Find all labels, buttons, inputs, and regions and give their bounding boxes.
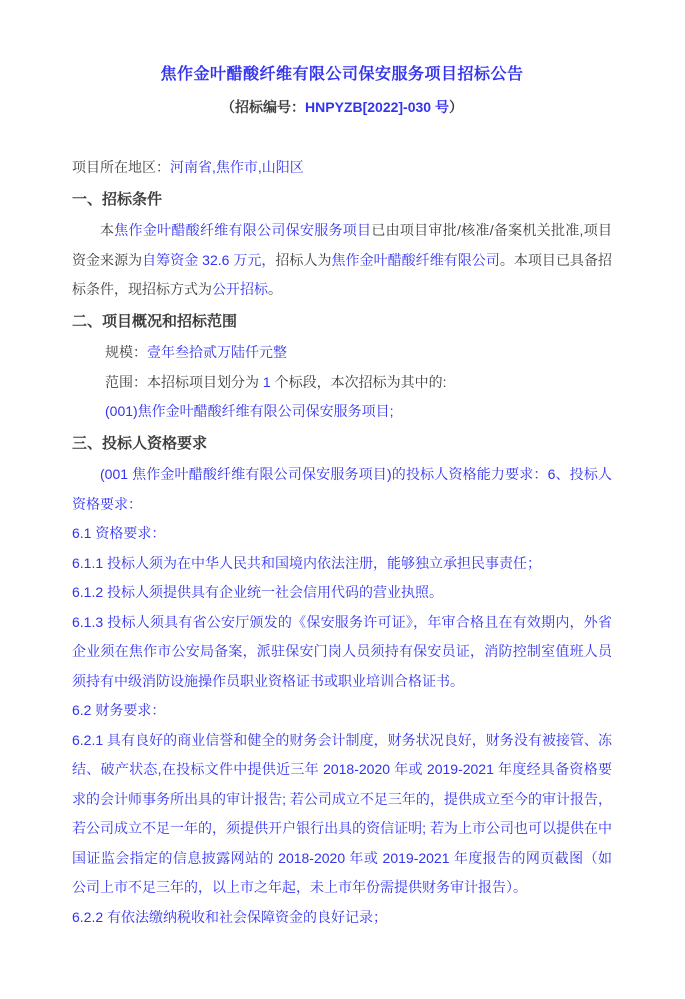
paragraph: 范围：本招标项目划分为 1 个标段，本次招标为其中的: — [72, 368, 612, 398]
text-segment: 1 — [263, 374, 271, 390]
document-page: 焦作金叶醋酸纤维有限公司保安服务项目招标公告 （招标编号：HNPYZB[2022… — [0, 0, 685, 999]
text-segment: 自筹资金 32.6 万元， — [142, 252, 275, 268]
text-segment: 焦作金叶醋酸纤维有限公司 — [332, 252, 500, 268]
document-title: 焦作金叶醋酸纤维有限公司保安服务项目招标公告 — [72, 62, 612, 88]
paragraph: 6.1.1 投标人须为在中华人民共和国境内依法注册，能够独立承担民事责任； — [72, 549, 612, 579]
paragraph: 项目所在地区：河南省,焦作市,山阳区 — [72, 153, 612, 183]
document-subtitle: （招标编号：HNPYZB[2022]-030 号） — [72, 94, 612, 120]
text-segment: 二、项目概况和招标范围 — [72, 313, 237, 330]
text-segment: 三、投标人资格要求 — [72, 435, 207, 452]
section-heading: 二、项目概况和招标范围 — [72, 307, 612, 337]
text-segment: 焦作金叶醋酸纤维有限公司保安服务项目 — [114, 222, 371, 238]
text-segment: 河南省,焦作市,山阳区 — [170, 159, 304, 175]
text-segment: （招标编号： — [221, 99, 305, 115]
text-segment: 个标段，本次招标为其中的: — [271, 374, 447, 390]
text-segment: 项目所在地区： — [72, 159, 170, 175]
text-segment: 范围：本招标项目划分为 — [105, 374, 263, 390]
paragraph: 规模：壹年叁拾贰万陆仟元整 — [72, 338, 612, 368]
text-segment: HNPYZB[2022]-030 号 — [305, 99, 449, 115]
text-segment: 本 — [100, 222, 114, 238]
text-segment: 6.2 财务要求： — [72, 702, 165, 718]
text-segment: 壹年叁拾贰万陆仟元整 — [147, 344, 287, 360]
text-segment: (001 焦作金叶醋酸纤维有限公司保安服务项目)的投标人资格能力要求：6、投标人… — [72, 466, 612, 512]
document-body: 项目所在地区：河南省,焦作市,山阳区一、招标条件本焦作金叶醋酸纤维有限公司保安服… — [72, 153, 612, 932]
section-heading: 一、招标条件 — [72, 185, 612, 215]
text-segment: 规模： — [105, 344, 147, 360]
text-segment: 6.1 资格要求： — [72, 525, 165, 541]
paragraph: 6.1.2 投标人须提供具有企业统一社会信用代码的营业执照。 — [72, 578, 612, 608]
text-segment: 公开招标 — [212, 281, 268, 297]
text-segment: 6.1.1 投标人须为在中华人民共和国境内依法注册，能够独立承担民事责任； — [72, 555, 541, 571]
paragraph: 6.1.3 投标人须具有省公安厅颁发的《保安服务许可证》，年审合格且在有效期内，… — [72, 608, 612, 697]
paragraph: 6.2.1 具有良好的商业信誉和健全的财务会计制度，财务状况良好，财务没有被接管… — [72, 726, 612, 903]
text-segment: 招标人为 — [275, 252, 331, 268]
text-segment: 6.2.2 有依法缴纳税收和社会保障资金的良好记录； — [72, 909, 387, 925]
text-segment: 6.1.3 投标人须具有省公安厅颁发的《保安服务许可证》，年审合格且在有效期内，… — [72, 614, 612, 689]
text-segment: 。 — [268, 281, 282, 297]
paragraph: 6.1 资格要求： — [72, 519, 612, 549]
section-heading: 三、投标人资格要求 — [72, 429, 612, 459]
paragraph: 6.2 财务要求： — [72, 696, 612, 726]
text-segment: ） — [449, 99, 463, 115]
text-segment: 6.1.2 投标人须提供具有企业统一社会信用代码的营业执照。 — [72, 584, 443, 600]
text-segment: (001)焦作金叶醋酸纤维有限公司保安服务项目; — [105, 403, 394, 419]
paragraph: (001)焦作金叶醋酸纤维有限公司保安服务项目; — [72, 397, 612, 427]
paragraph: 本焦作金叶醋酸纤维有限公司保安服务项目已由项目审批/核准/备案机关批准,项目资金… — [72, 216, 612, 305]
text-segment: 6.2.1 具有良好的商业信誉和健全的财务会计制度，财务状况良好，财务没有被接管… — [72, 732, 612, 896]
paragraph: 6.2.2 有依法缴纳税收和社会保障资金的良好记录； — [72, 903, 612, 933]
paragraph: (001 焦作金叶醋酸纤维有限公司保安服务项目)的投标人资格能力要求：6、投标人… — [72, 460, 612, 519]
text-segment: 一、招标条件 — [72, 191, 162, 208]
